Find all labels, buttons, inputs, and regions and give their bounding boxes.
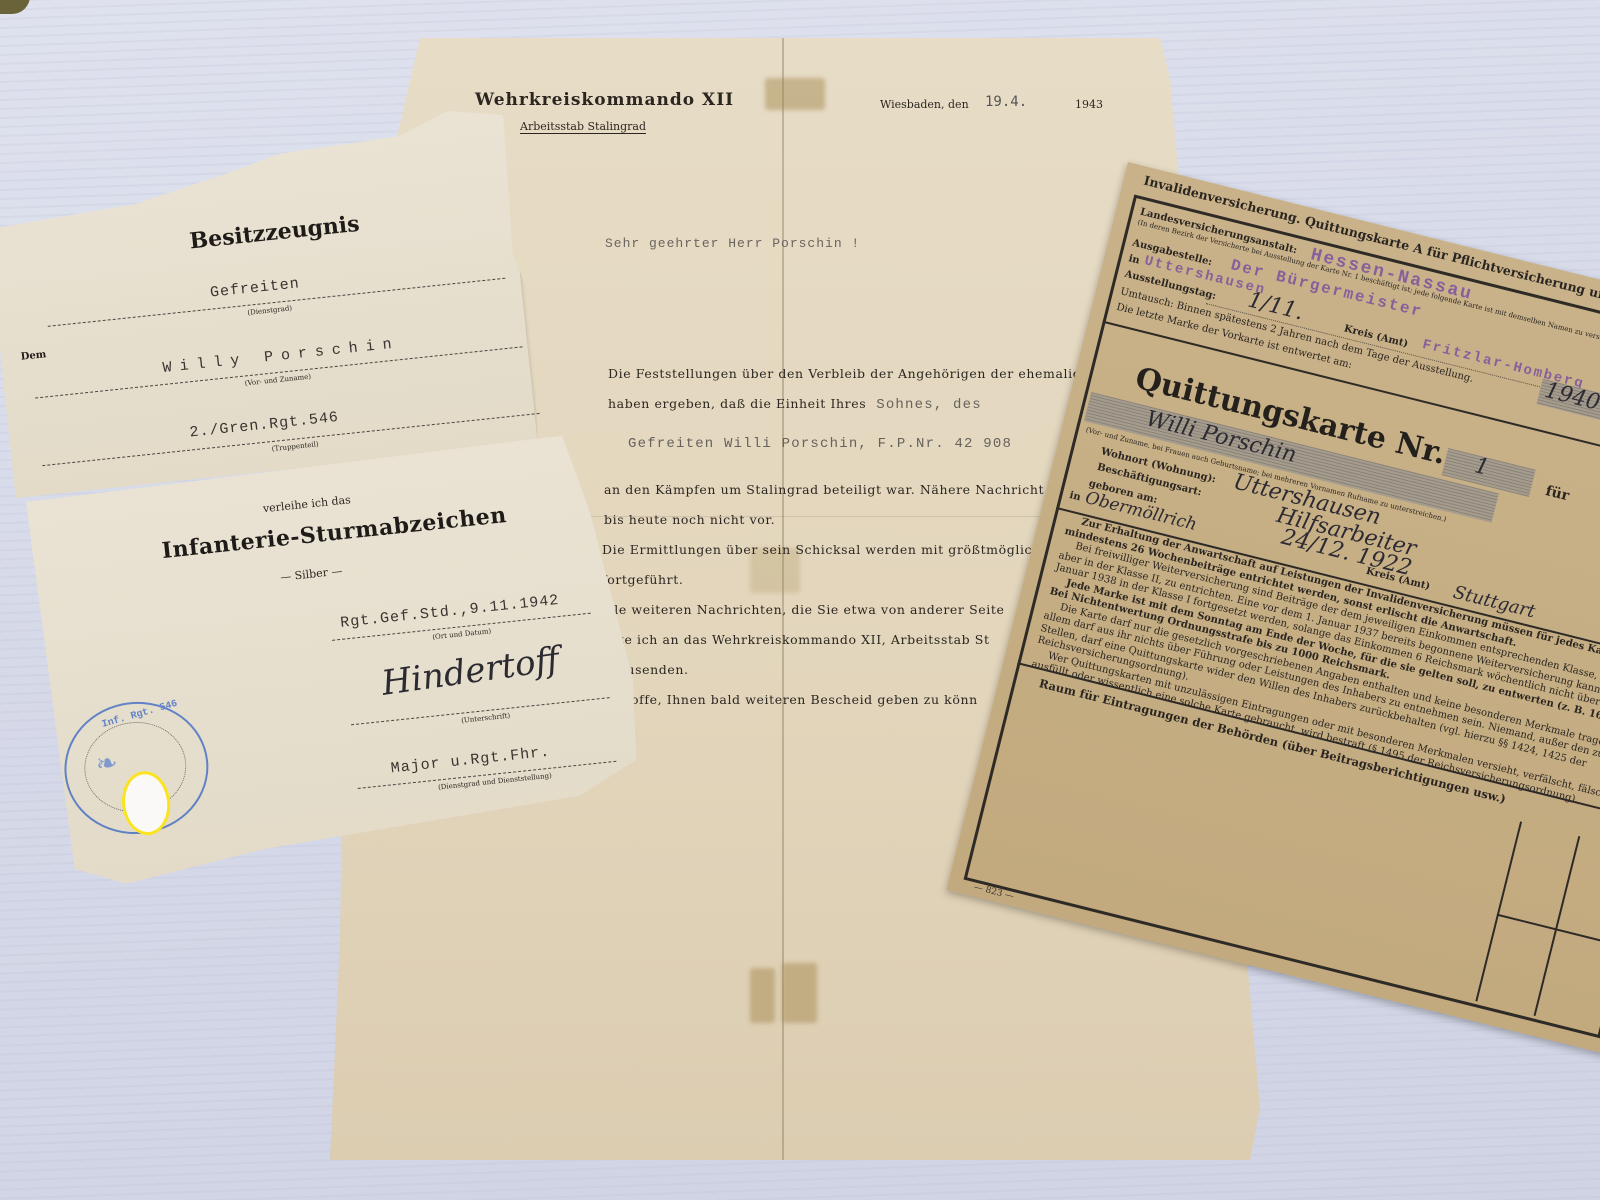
eagle-icon: ❧ (94, 748, 119, 780)
letter-line: haben ergeben, daß die Einheit IhresSohn… (608, 396, 982, 413)
letter-salutation: Sehr geehrter Herr Porschin ! (605, 236, 860, 251)
stain (750, 968, 775, 1023)
corner-object (0, 0, 30, 14)
award-certificate: Besitzzeugnis Gefreiten (Dienstgrad) Dem… (0, 97, 652, 876)
letter-date: 19.4. (985, 94, 1027, 110)
letter-place: Wiesbaden, den (880, 98, 969, 111)
letter-line: Die Ermittlungen über sein Schicksal wer… (602, 542, 1055, 557)
letter-year: 1943 (1075, 98, 1103, 111)
letter-line: bitte ich an das Wehrkreiskommando XII, … (600, 632, 990, 647)
letter-line: an den Kämpfen um Stalingrad beteiligt w… (604, 482, 1058, 497)
stain (765, 78, 825, 110)
letter-line: Gefreiten Willi Porschin, F.P.Nr. 42 908 (628, 436, 1012, 452)
letter-line: bis heute noch nicht vor. (604, 512, 775, 527)
letter-line: Die Feststellungen über den Verbleib der… (608, 366, 1116, 381)
letter-line: Alle weiteren Nachrichten, die Sie etwa … (600, 602, 1004, 617)
letter-line: Ich hoffe, Ihnen bald weiteren Bescheid … (596, 692, 978, 707)
stain (782, 963, 817, 1023)
typed-insert: Sohnes, des (876, 397, 982, 413)
